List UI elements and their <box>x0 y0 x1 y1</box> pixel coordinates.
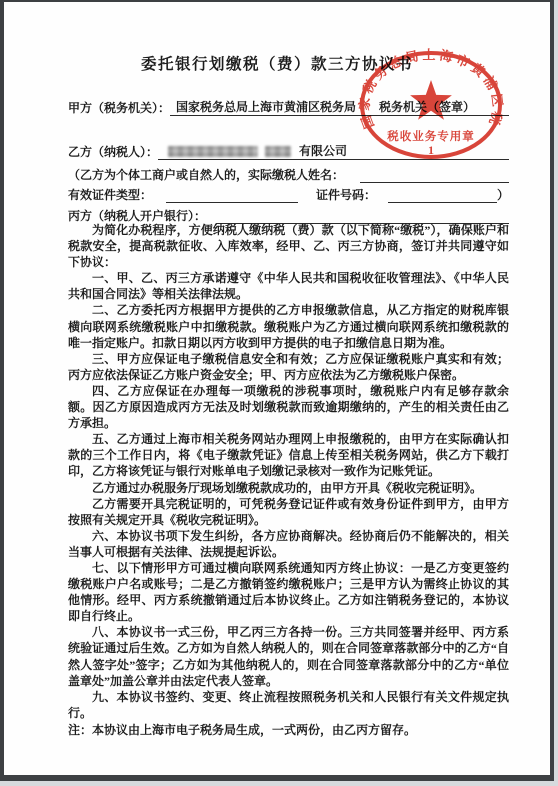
id-number-label: 证件号码： <box>316 186 376 203</box>
seal-number: 1 <box>428 143 434 157</box>
scanned-page: 委托银行划缴税（费）款三方协议书 甲方（税务机关）： 国家税务总局上海市黄浦区税… <box>0 0 554 781</box>
redacted-company-name <box>168 146 258 157</box>
clause-paragraph: 七、以下情形甲方可通过横向联网系统通知丙方终止协议：一是乙方变更签约缴税账户户名… <box>68 560 509 624</box>
tax-office-seal: 国家税务总局上海市黄浦区税务局 税收业务专用章 1 <box>356 48 506 164</box>
party-b-value-suffix: 有限公司 <box>299 142 347 159</box>
party-b-subnote-label: （乙方为个体工商户或自然人的，实际缴税人姓名： <box>68 166 344 183</box>
clause-paragraph: 二、乙方委托丙方根据甲方提供的乙方申报缴款信息，从乙方指定的财税库银横向联网系统… <box>68 302 509 350</box>
clause-paragraph: 八、本协议书一式三份，甲乙丙三方各持一份。三方共同签署并经甲、丙方系统验证通过后… <box>68 624 509 688</box>
redacted-company-name-2 <box>265 146 291 157</box>
id-type-label: 有效证件类型： <box>68 186 152 203</box>
clauses-container: 为简化办税程序，方便纳税人缴纳税（费）款（以下简称“缴税”），确保账户和税款安全… <box>68 222 509 738</box>
id-number-field <box>388 185 497 203</box>
clause-paragraph: 一、甲、乙、丙三方承诺遵守《中华人民共和国税收征收管理法》、《中华人民共和国合同… <box>68 270 509 302</box>
party-b-label: 乙方（纳税人）： <box>68 143 158 160</box>
party-b-subnote-row: （乙方为个体工商户或自然人的，实际缴税人姓名： <box>68 165 509 183</box>
id-row: 有效证件类型： 证件号码： ） <box>68 185 509 203</box>
footer-note: 注：本协议由上海市电子税务局生成，一式两份，由乙丙方留存。 <box>68 722 509 738</box>
seal-center-text: 税收业务专用章 <box>386 129 475 143</box>
clause-paragraph: 为简化办税程序，方便纳税人缴纳税（费）款（以下简称“缴税”），确保账户和税款安全… <box>68 222 509 270</box>
clause-paragraph: 六、本协议书项下发生纠纷，各方应协商解决。经协商后仍不能解决的，相关当事人可根据… <box>68 528 509 560</box>
party-a-label: 甲方（税务机关）： <box>68 99 170 116</box>
clause-paragraph: 乙方需要开具完税证明的，可凭税务登记证件或有效身份证件到甲方，由甲方按照有关规定… <box>68 496 509 528</box>
clause-paragraph: 九、本协议书签约、变更、终止流程按照税务机关和人民银行有关文件规定执行。 <box>68 689 509 721</box>
clause-paragraph: 五、乙方通过上海市相关税务网站办理网上申报缴税的，由甲方在实际确认扣款的三个工作… <box>68 431 509 479</box>
clause-paragraph: 乙方通过办税服务厅现场划缴税款成功的，由甲方开具《税收完税证明》。 <box>68 480 509 496</box>
seal-star-icon <box>410 80 452 120</box>
agreement-document: 委托银行划缴税（费）款三方协议书 甲方（税务机关）： 国家税务总局上海市黄浦区税… <box>4 2 550 775</box>
clause-paragraph: 四、乙方应保证在办理每一项缴税的涉税事项时，缴税账户内有足够存款余额。因乙方原因… <box>68 383 509 431</box>
close-paren: ） <box>497 186 509 203</box>
party-a-value: 国家税务总局上海市黄浦区税务局 <box>176 98 356 115</box>
clause-paragraph: 三、甲方应保证电子缴税信息安全和有效；乙方应保证缴税账户真实和有效；丙方应依法保… <box>68 351 509 383</box>
id-type-field <box>166 185 298 203</box>
taxpayer-name-field <box>360 165 509 183</box>
